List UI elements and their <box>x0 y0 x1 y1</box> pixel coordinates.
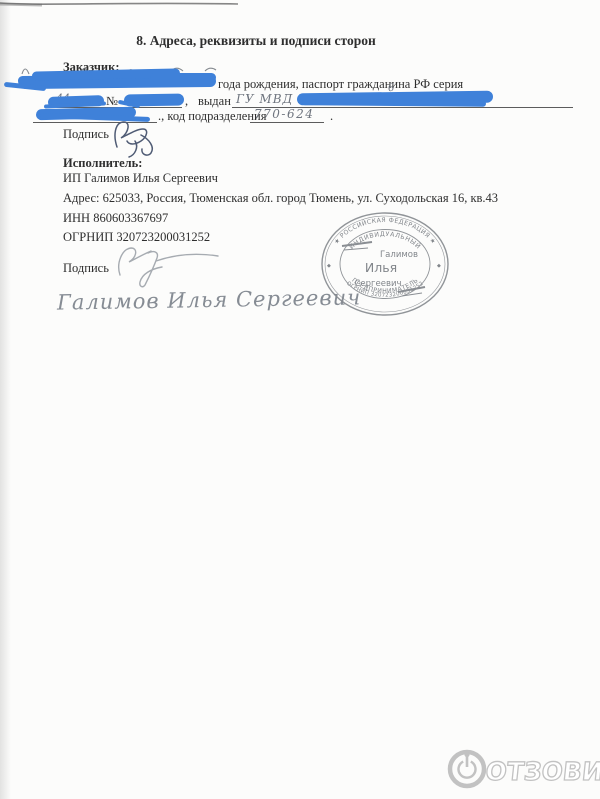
issued-label: выдан <box>198 94 231 109</box>
stamp-center-patronymic: Сергеевич <box>354 279 401 289</box>
contractor-address: Адрес: 625033, Россия, Тюменская обл. го… <box>63 191 498 206</box>
redaction-bar <box>150 73 216 82</box>
watermark: ОТЗОВИК <box>443 740 599 794</box>
comma-separator: , <box>185 94 188 109</box>
customer-signature <box>105 117 175 159</box>
page-title: 8. Адреса, реквизиты и подписи сторон <box>0 33 512 48</box>
customer-signature-label: Подпись <box>63 127 109 142</box>
contractor-name: ИП Галимов Илья Сергеевич <box>63 171 218 186</box>
period: . <box>330 109 333 124</box>
scanned-document-page: 8. Адреса, реквизиты и подписи сторон За… <box>0 0 600 799</box>
watermark-text: ОТЗОВИК <box>484 757 600 786</box>
contractor-signature <box>104 241 222 291</box>
division-code-underline <box>250 122 324 123</box>
contractor-signature-name-handwritten: Галимов Илья Сергеевич <box>57 285 362 314</box>
contractor-stamp-seal: ★ РОССИЙСКАЯ ФЕДЕРАЦИЯ ★ ОГРНИП 32072320… <box>318 209 452 321</box>
stamp-center-firstname: Илья <box>365 260 397 275</box>
stamp-center-lastname: Галимов <box>380 250 418 260</box>
issued-handwriting-fragment: 6 <box>387 83 395 95</box>
contractor-inn: ИНН 860603367697 <box>63 211 168 226</box>
contractor-signature-label: Подпись <box>63 261 109 276</box>
stamp-separator-right: ◆ <box>437 263 441 269</box>
scan-edge-shadow <box>0 0 11 799</box>
customer-birth-passport-text: года рождения, паспорт гражданина РФ сер… <box>218 77 463 92</box>
stamp-inner-top-text: ИНДИВИДУАЛЬНЫЙ <box>348 231 423 251</box>
scan-artifact-top-edge <box>0 0 250 12</box>
contractor-heading: Исполнитель: <box>63 156 142 171</box>
division-code-handwriting: 770-624 <box>254 107 314 121</box>
stamp-separator-left: ◆ <box>327 263 331 269</box>
redaction-bar <box>302 99 486 107</box>
watermark-power-logo-icon <box>450 752 484 786</box>
